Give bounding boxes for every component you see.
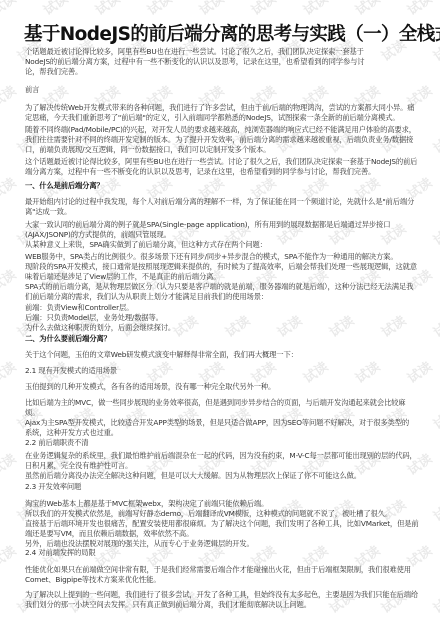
text-line: 前言 xyxy=(25,85,420,95)
watermark-text: 试读 xyxy=(429,494,440,524)
watermark-text: 试读 xyxy=(0,264,19,294)
text-line: 为什么去做这种职责的划分，后面会继续探讨。 xyxy=(25,323,420,333)
text-line: 口，前端负责展现/交互逻辑，同一份数据接口，我们可以定制开发多个版本。 xyxy=(25,145,420,155)
text-line: 2.4 对前端发挥的局限 xyxy=(25,548,420,558)
paragraph: 性能优化如果只在前端做空间非常有限，于是我们经常需要后端合作才能碰撞出火花，但由… xyxy=(25,565,420,585)
paragraph: WEB服务中，SPA类占的比例很少。很多场景下还有同步/同步+异步混合的模式，S… xyxy=(25,252,420,302)
text-line: 这个话题最近被讨论得比较多，阿里有些BU也在进行一些尝试。讨论了很久之后，我们团… xyxy=(25,157,420,167)
paragraph: 2.1 现有开发模式的适用场景 xyxy=(25,366,420,376)
paragraph: 最开始组内讨论的过程中我发现，每个人对前后端分离的理解不一样，为了保证能在同一个… xyxy=(25,197,420,217)
section-heading: 一、什么是前后端分离？ xyxy=(25,181,420,191)
watermark-text: 试读 xyxy=(299,0,331,19)
watermark-text: 试读 xyxy=(0,80,19,110)
text-line: 最开始组内讨论的过程中我发现，每个人对前后端分离的理解不一样，为了保证能在同一个… xyxy=(25,197,420,207)
watermark-text: 试读 xyxy=(0,448,19,478)
watermark-text: 试读 xyxy=(429,310,440,340)
watermark-text: 试读 xyxy=(429,126,440,156)
text-line: 2.3 开发效率问题 xyxy=(25,482,420,492)
paragraph: 2.3 开发效率问题 xyxy=(25,482,420,492)
text-line: 前端：负责View和Controller层。 xyxy=(25,303,420,313)
text-line: SPA式的前后端分离，是从物理层做区分（认为只要是客户端的就是前端，服务器端的就… xyxy=(25,282,420,292)
text-line: NodeJS的前后端分离方案，过程中有一些不断变化的认识以及思考，记录在这里，也… xyxy=(25,57,420,67)
paragraph: 玉伯提到的几种开发模式，各有各的适用场景，没有哪一种完全取代另外一种。 xyxy=(25,382,420,392)
text-line: 从某种意义上来说，SPA确实做到了前后端分离，但这种方式存在两个问题： xyxy=(25,240,420,250)
text-line: 离"达成一致。 xyxy=(25,207,420,217)
text-line: 端分离方案，过程中有一些不断变化的认识以及思考，记录在这里，也希望看到的同学参与… xyxy=(25,167,420,177)
paragraph: 前端：负责View和Controller层。后端：只负责Model层，业务处理/… xyxy=(25,303,420,333)
watermark-text: 试读 xyxy=(39,0,71,19)
text-line: 端还是要写VM，而且依赖后端数据，效率依然不高。 xyxy=(25,529,420,539)
text-line: 味着后端还是涉足了View层的工作，不是真正的前后端分离。 xyxy=(25,272,420,282)
watermark-text: 试读 xyxy=(247,0,279,19)
paragraph: 个话题最近被讨论得比较多，阿里有些BU也在进行一些尝试。讨论了很久之后，我们团队… xyxy=(25,47,420,77)
watermark-text: 试读 xyxy=(0,0,19,19)
text-line: 直接基于后端环境开发也很痛苦，配置安装使用都很麻烦。为了解决这个问题，我们发明了… xyxy=(25,519,420,529)
text-line: 随着不同终端(Pad/Mobile/PC)的兴起，对开发人员的要求越来越高，纯浏… xyxy=(25,125,420,135)
text-line: 后端：只负责Model层，业务处理/数据等。 xyxy=(25,313,420,323)
document-title: 基于NodeJS的前后端分离的思考与实践（一）全栈式开发 xyxy=(24,20,440,46)
text-line: 关于这个问题，玉伯的文章Web研发模式演变中解释得非常全面，我们再大概理一下： xyxy=(25,350,420,360)
watermark-text: 试读 xyxy=(91,0,123,19)
text-line: 现阶段的SPA开发模式，接口通常是按照展现逻辑来提供的，有时候为了提高效率，后端… xyxy=(25,262,420,272)
text-line: 烦。 xyxy=(25,408,420,418)
text-line: 大家一致认同的前后端分离的例子就是SPA(Single-page applica… xyxy=(25,220,420,230)
text-line: 虽然前后端分离没办法完全解决这种问题，但是可以大大缓解。因为从物理层次上保证了你… xyxy=(25,471,420,481)
text-line: 论，帮我们完善。 xyxy=(25,67,420,77)
text-line: 比如后端为主的MVC，做一些同步展现的业务效率很高，但是遇到同步异步结合的页面，… xyxy=(25,398,420,408)
watermark-text: 试读 xyxy=(351,0,383,19)
watermark-text: 试读 xyxy=(0,540,19,570)
text-line: 性能优化如果只在前端做空间非常有限，于是我们经常需要后端合作才能碰撞出火花，但由… xyxy=(25,565,420,575)
text-line: 所以我们的开发模式依然是，前端写好静态demo，后端翻译成VM模版，这种模式的问… xyxy=(25,509,420,519)
paragraph: 随着不同终端(Pad/Mobile/PC)的兴起，对开发人员的要求越来越高，纯浏… xyxy=(25,125,420,155)
watermark-text: 试读 xyxy=(429,402,440,432)
text-line: 定思痛，今天我们重新思考了"前后端"的定义，引入前端同学都熟悉的NodeJS，试… xyxy=(25,113,420,123)
text-line: 为了解决以上提到的一些问题，我们进行了很多尝试，开发了各种工具，但始终没有太多起… xyxy=(25,590,420,600)
paragraph: 这个话题最近被讨论得比较多，阿里有些BU也在进行一些尝试。讨论了很久之后，我们团… xyxy=(25,157,420,177)
paragraph: 为了解决以上提到的一些问题，我们进行了很多尝试，开发了各种工具，但始终没有太多起… xyxy=(25,590,420,610)
text-line: 系统，这种开发方式也过重。 xyxy=(25,428,420,438)
text-line: 我们往往需要针对不同的终端开发定制的版本。为了提升开发效率，前后端分离的需求越来… xyxy=(25,135,420,145)
section-heading: 二、为什么要前后端分离？ xyxy=(25,334,420,344)
text-line: 淘宝的Web基本上都是基于MVC框架webx，架构决定了前端只能依赖后端。 xyxy=(25,499,420,509)
text-line: 一、什么是前后端分离？ xyxy=(25,181,420,191)
watermark-text: 试读 xyxy=(429,218,440,248)
text-line: 日积月累，完全没有维护性可言。 xyxy=(25,461,420,471)
watermark-text: 试读 xyxy=(0,172,19,202)
paragraph: 比如后端为主的MVC，做一些同步展现的业务效率很高，但是遇到同步异步结合的页面，… xyxy=(25,398,420,448)
watermark-text: 试读 xyxy=(403,0,435,19)
watermark-text: 试读 xyxy=(0,356,19,386)
paragraph: 关于这个问题，玉伯的文章Web研发模式演变中解释得非常全面，我们再大概理一下： xyxy=(25,350,420,360)
text-line: 为了解决传统Web开发模式带来的各种问题，我们进行了许多尝试，但由于前/后端的物… xyxy=(25,103,420,113)
text-line: Comet、Bigpipe等技术方案来优化性能。 xyxy=(25,575,420,585)
paragraph: 大家一致认同的前后端分离的例子就是SPA(Single-page applica… xyxy=(25,220,420,250)
text-line: 二、为什么要前后端分离？ xyxy=(25,334,420,344)
paragraph: 为了解决传统Web开发模式带来的各种问题，我们进行了许多尝试，但由于前/后端的物… xyxy=(25,103,420,123)
text-line: 我们划分的那一小块空间去发挥。只有真正做到前后端分离，我们才能彻底解决以上问题。 xyxy=(25,600,420,610)
watermark-text: 试读 xyxy=(143,0,175,19)
watermark-text: 试读 xyxy=(429,586,440,616)
text-line: 个话题最近被讨论得比较多，阿里有些BU也在进行一些尝试。讨论了很久之后，我们团队… xyxy=(25,47,420,57)
text-line: 在业务逻辑复杂的系统里，我们最怕维护前后端混杂在一起的代码，因为没有约束，M-V… xyxy=(25,451,420,461)
paragraph: 2.4 对前端发挥的局限 xyxy=(25,548,420,558)
paragraph: 淘宝的Web基本上都是基于MVC框架webx，架构决定了前端只能依赖后端。所以我… xyxy=(25,499,420,549)
text-line: 2.2 前后端职责不清 xyxy=(25,438,420,448)
paragraph: 前言 xyxy=(25,85,420,95)
text-line: WEB服务中，SPA类占的比例很少。很多场景下还有同步/同步+异步混合的模式，S… xyxy=(25,252,420,262)
paragraph: 在业务逻辑复杂的系统里，我们最怕维护前后端混杂在一起的代码，因为没有约束，M-V… xyxy=(25,451,420,481)
text-line: Ajax为主SPA型开发模式，比较适合开发APP类型的场景，但是只适合做APP，… xyxy=(25,418,420,428)
text-line: 玉伯提到的几种开发模式，各有各的适用场景，没有哪一种完全取代另外一种。 xyxy=(25,382,420,392)
text-line: (AJAX/JSONP)的方式提供的，前端只管展现。 xyxy=(25,230,420,240)
watermark-text: 试读 xyxy=(195,0,227,19)
text-line: 们前后端分离的需求，我们认为从职责上划分才能满足目前我们的使用场景： xyxy=(25,292,420,302)
text-line: 2.1 现有开发模式的适用场景 xyxy=(25,366,420,376)
